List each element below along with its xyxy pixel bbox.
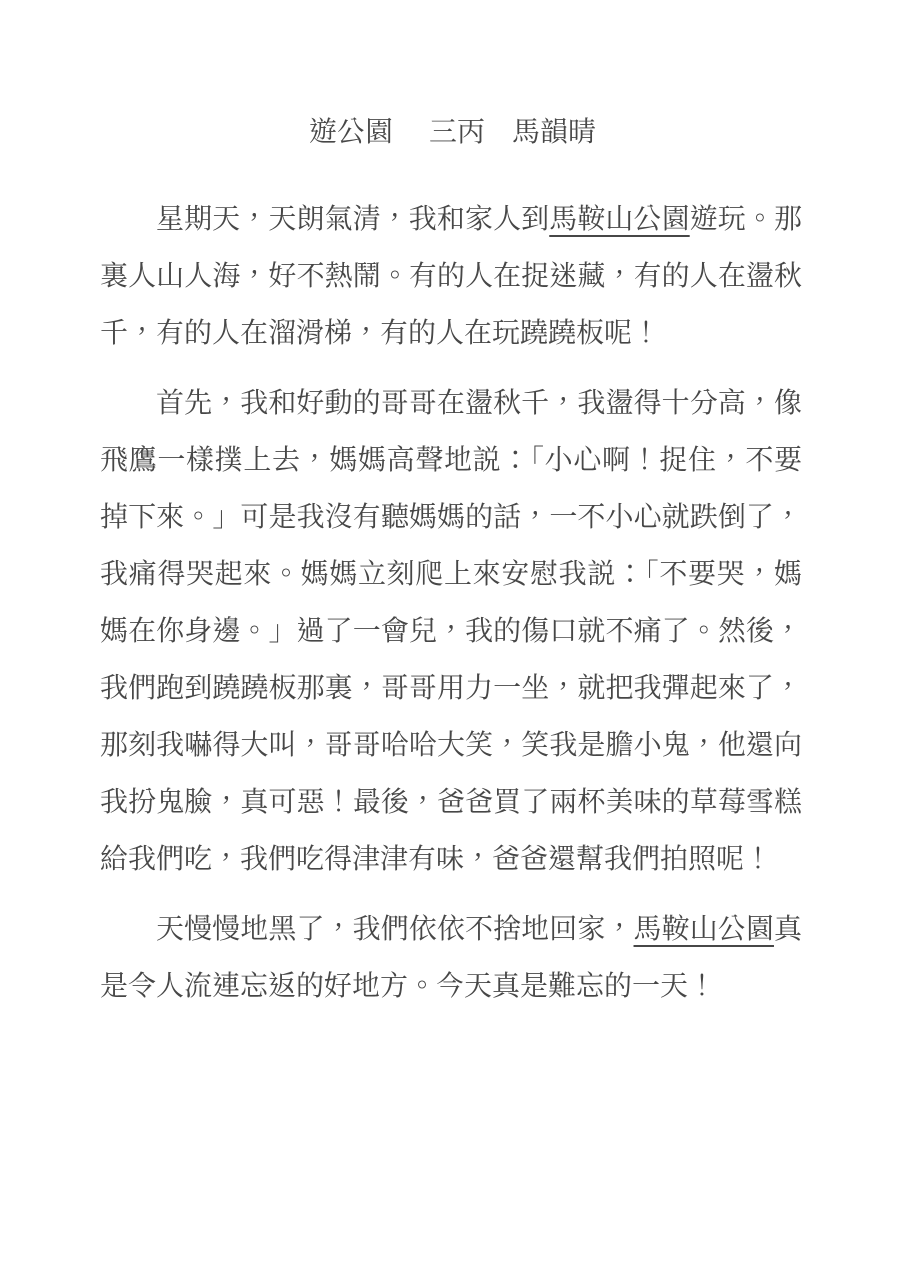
underlined-park-name: 馬鞍山公園 — [634, 913, 774, 944]
document-page: 遊公園三丙馬韻晴 星期天，天朗氣清，我和家人到馬鞍山公園遊玩。那裏人山人海，好不… — [0, 0, 905, 1280]
essay-body: 星期天，天朗氣清，我和家人到馬鞍山公園遊玩。那裏人山人海，好不熱鬧。有的人在捉迷… — [100, 190, 802, 1014]
paragraph-1-text: 星期天，天朗氣清，我和家人到 — [156, 203, 549, 234]
class-name: 三丙 — [429, 114, 485, 150]
paragraph-3-text: 天慢慢地黑了，我們依依不捨地回家， — [156, 913, 634, 944]
document-heading: 遊公園三丙馬韻晴 — [0, 114, 905, 150]
paragraph-3: 天慢慢地黑了，我們依依不捨地回家，馬鞍山公園真是令人流連忘返的好地方。今天真是難… — [100, 900, 802, 1014]
paragraph-1: 星期天，天朗氣清，我和家人到馬鞍山公園遊玩。那裏人山人海，好不熱鬧。有的人在捉迷… — [100, 190, 802, 361]
paragraph-2: 首先，我和好動的哥哥在盪秋千，我盪得十分高，像飛鷹一樣撲上去，媽媽高聲地説：「小… — [100, 374, 802, 887]
paragraph-2-text: 首先，我和好動的哥哥在盪秋千，我盪得十分高，像飛鷹一樣撲上去，媽媽高聲地説：「小… — [100, 387, 802, 874]
essay-title: 遊公園 — [309, 114, 393, 150]
author-name: 馬韻晴 — [512, 114, 596, 150]
underlined-park-name: 馬鞍山公園 — [549, 203, 689, 234]
